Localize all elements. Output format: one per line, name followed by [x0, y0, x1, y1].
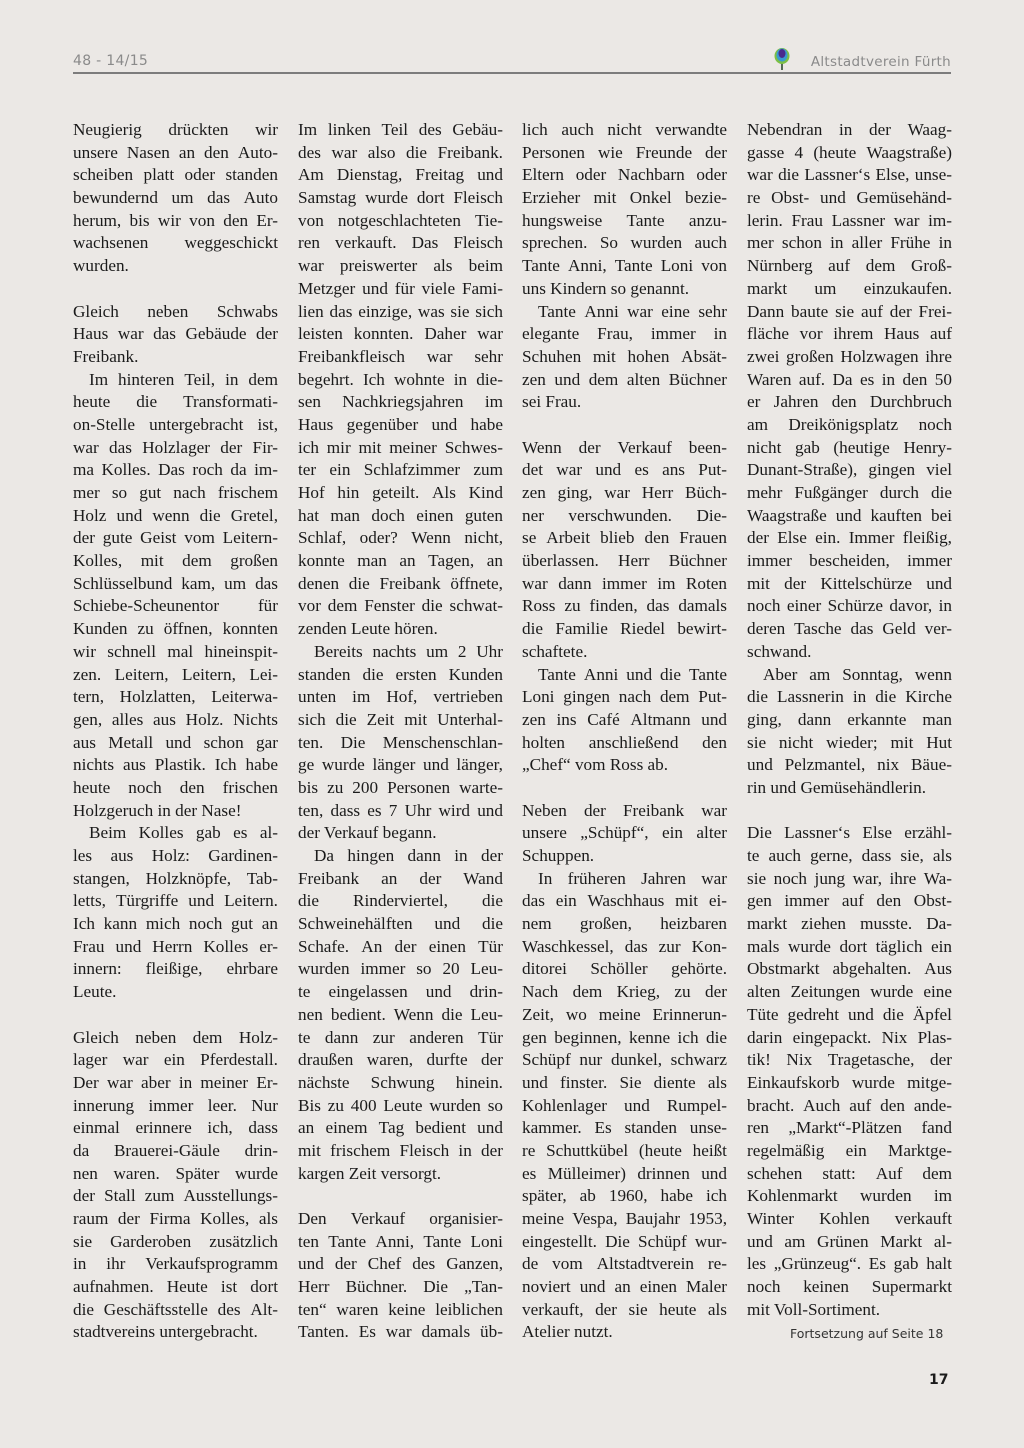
text-line: überlassen.HerrBüchner: [522, 550, 727, 573]
text-line: schehenstatt:Aufdem: [747, 1163, 952, 1186]
text-line: GleichnebenSchwabs: [73, 301, 278, 324]
article-column-4: NebendraninderWaag-gasse4(heuteWaagstraß…: [747, 119, 952, 1321]
text-line: derElseein.Immerfleißig,: [747, 527, 952, 550]
text-line: genbeginnen,kenneichdie: [522, 1027, 727, 1050]
text-line: undderChefdesGanzen,: [298, 1253, 503, 1276]
text-line: Kolles,mitdemgroßen: [73, 550, 278, 573]
text-line: meineVespa,Baujahr1953,: [522, 1208, 727, 1231]
text-line: Waagstraßeundkauftenbei: [747, 505, 952, 528]
text-line: DerwaraberinmeinerEr-: [73, 1072, 278, 1095]
text-line: gen,allesausHolz.Nichts: [73, 709, 278, 732]
text-line: stangen,Holzknöpfe,Tab-: [73, 868, 278, 891]
text-line: eingestellt.DieSchüpfwur-: [522, 1231, 727, 1254]
text-line: wardieLassner‘sElse,unse-: [747, 164, 952, 187]
text-line: sienichtwieder;mitHut: [747, 732, 952, 755]
text-line: Kundenzuöffnen,konnten: [73, 618, 278, 641]
text-line: lesausHolz:Gardinen-: [73, 845, 278, 868]
text-line: eleganteFrau,immerin: [522, 323, 727, 346]
text-line: einmalerinnereich,dass: [73, 1117, 278, 1140]
paragraph-gap: [747, 800, 952, 823]
paragraph: lichauchnichtverwandtePersonenwieFreunde…: [522, 119, 727, 301]
text-line: sieGarderobenzusätzlich: [73, 1231, 278, 1254]
article-column-3: lichauchnichtverwandtePersonenwieFreunde…: [522, 119, 727, 1344]
paragraph-gap: [522, 777, 727, 800]
text-line: NachdemKrieg,zuder: [522, 981, 727, 1004]
paragraph: TanteAnniunddieTanteLonigingennachdemPut…: [522, 664, 727, 777]
text-line: DenVerkauforganisier-: [298, 1208, 503, 1231]
text-line: ichmirmitmeinerSchwes-: [298, 437, 503, 460]
paragraph: DieLassner‘sElseerzähl-teauchgerne,dasss…: [747, 822, 952, 1321]
text-line: tern,Holzlatten,Leiterwa-: [73, 686, 278, 709]
paragraph: TanteAnniwareinesehreleganteFrau,immerin…: [522, 301, 727, 414]
text-line: deswaralsodieFreibank.: [298, 142, 503, 165]
text-line: verkauft,dersieheuteals: [522, 1299, 727, 1322]
text-line: undamGrünenMarktal-: [747, 1231, 952, 1254]
text-line: hatmandocheinenguten: [298, 505, 503, 528]
text-line: wardasHolzlagerderFir-: [73, 437, 278, 460]
text-line: heutenochdenfrischen: [73, 777, 278, 800]
text-line: leistenkonnten.Daherwar: [298, 323, 503, 346]
text-line: sprechen.Sowurdenauch: [522, 232, 727, 255]
text-line: gewurdelängerundlänger,: [298, 754, 503, 777]
text-line: Schuppen.: [522, 845, 727, 868]
paragraph: NebenderFreibankwarunsere„Schüpf“,einalt…: [522, 800, 727, 868]
text-line: ging,dannerkannteman: [747, 709, 952, 732]
continuation-note: Fortsetzung auf Seite 18: [790, 1326, 943, 1341]
text-line: uns Kindern so genannt.: [522, 278, 727, 301]
text-line: PersonenwieFreundeder: [522, 142, 727, 165]
paragraph-gap: [522, 414, 727, 437]
text-line: WennderVerkaufbeen-: [522, 437, 727, 460]
text-line: innerungimmerleer.Nur: [73, 1095, 278, 1118]
text-line: flächevorihremHausauf: [747, 323, 952, 346]
text-line: biszu200Personenwarte-: [298, 777, 503, 800]
text-line: ten“warenkeineleiblichen: [298, 1299, 503, 1322]
text-line: Einkaufskorbwurdemitge-: [747, 1072, 952, 1095]
tree-logo-icon: [773, 47, 791, 71]
paragraph-gap: [73, 1004, 278, 1027]
text-line: nerverschwunden.Die-: [522, 505, 727, 528]
text-line: AmDienstag,Freitagund: [298, 164, 503, 187]
text-line: aufnahmen.Heuteistdort: [73, 1276, 278, 1299]
text-line: darineingepackt.NixPlas-: [747, 1027, 952, 1050]
text-line: mitderKittelschürzeund: [747, 573, 952, 596]
text-line: Freibankfleischwarsehr: [298, 346, 503, 369]
paragraph: NebendraninderWaag-gasse4(heuteWaagstraß…: [747, 119, 952, 664]
text-line: zen.Leitern,Leitern,Lei-: [73, 664, 278, 687]
text-line: esMülleimer)drinnenund: [522, 1163, 727, 1186]
text-line: wurdenimmerso20Leu-: [298, 958, 503, 981]
text-line: Hofhingeteilt.AlsKind: [298, 482, 503, 505]
article-column-1: NeugierigdrücktenwirunsereNasenandenAuto…: [73, 119, 278, 1344]
text-line: tedannzuranderenTür: [298, 1027, 503, 1050]
text-line: on-Stelleuntergebrachtist,: [73, 414, 278, 437]
text-line: nochkeinenSupermarkt: [747, 1276, 952, 1299]
text-line: MetzgerundfürvieleFami-: [298, 278, 503, 301]
text-line: mersogutnachfrischem: [73, 482, 278, 505]
paragraph: GleichnebenSchwabsHauswardasGebäudederFr…: [73, 301, 278, 369]
text-line: sichdieZeitmitUnterhal-: [298, 709, 503, 732]
text-line: später,ab1960,habeich: [522, 1185, 727, 1208]
text-line: ImlinkenTeildesGebäu-: [298, 119, 503, 142]
text-line: vordemFensterdieschwat-: [298, 595, 503, 618]
text-line: nächsteSchwunghinein.: [298, 1072, 503, 1095]
text-line: BeimKollesgabesal-: [73, 822, 278, 845]
page-number: 17: [929, 1372, 948, 1388]
text-line: SamstagwurdedortFleisch: [298, 187, 503, 210]
text-line: Obstmarktabgehalten.Aus: [747, 958, 952, 981]
paragraph: ImhinterenTeil,indemheutedieTransformati…: [73, 369, 278, 823]
text-line: SchuhenmithohenAbsät-: [522, 346, 727, 369]
text-line: hungsweiseTanteanzu-: [522, 210, 727, 233]
text-line: wirschnellmalhineinspit-: [73, 641, 278, 664]
text-line: scheibenplattoderstanden: [73, 164, 278, 187]
text-line: zenunddemaltenBüchner: [522, 369, 727, 392]
text-line: HolzundwenndieGretel,: [73, 505, 278, 528]
text-line: derStallzumAusstellungs-: [73, 1185, 278, 1208]
text-line: regelmäßigeinMarktge-: [747, 1140, 952, 1163]
text-line: „Chef“ vom Ross ab.: [522, 754, 727, 777]
text-line: tenTanteAnni,TanteLoni: [298, 1231, 503, 1254]
text-line: Schüpfnurdunkel,schwarz: [522, 1049, 727, 1072]
text-line: nichtgab(heutigeHenry-: [747, 437, 952, 460]
text-line: herum,biswirvondenEr-: [73, 210, 278, 233]
text-line: ausMetallundschongar: [73, 732, 278, 755]
text-line: bracht.Auchaufdenande-: [747, 1095, 952, 1118]
text-line: nichtsausPlastik.Ichhabe: [73, 754, 278, 777]
text-line: gasse4(heuteWaagstraße): [747, 142, 952, 165]
text-line: tereinSchlafzimmerzum: [298, 459, 503, 482]
text-line: vonnotgeschlachtetenTie-: [298, 210, 503, 233]
text-line: wachsenenweggeschickt: [73, 232, 278, 255]
text-line: AberamSonntag,wenn: [747, 664, 952, 687]
text-line: zweigroßenHolzwagenihre: [747, 346, 952, 369]
text-line: derenTaschedasGeldver-: [747, 618, 952, 641]
text-line: devomAltstadtvereinre-: [522, 1253, 727, 1276]
text-line: Zeit,womeineErinnerun-: [522, 1004, 727, 1027]
text-line: lichauchnichtverwandte: [522, 119, 727, 142]
text-line: DannbautesieaufderFrei-: [747, 301, 952, 324]
text-line: NebendraninderWaag-: [747, 119, 952, 142]
page-header: 48 - 14/15 Altstadtverein Fürth: [73, 50, 951, 74]
text-line: lagerwareinPferdestall.: [73, 1049, 278, 1072]
text-line: Neugierigdrücktenwir: [73, 119, 278, 142]
text-line: untenimHof,vertrieben: [298, 686, 503, 709]
text-line: reObst-undGemüsehänd-: [747, 187, 952, 210]
text-line: daseinWaschhausmitei-: [522, 890, 727, 913]
text-line: holtenanschließendden: [522, 732, 727, 755]
paragraph: InfrüherenJahrenwardaseinWaschhausmitei-…: [522, 868, 727, 1344]
text-line: reSchuttkübel(heuteheißt: [522, 1140, 727, 1163]
text-line: GleichnebendemHolz-: [73, 1027, 278, 1050]
text-line: malswurdedorttäglichein: [747, 936, 952, 959]
text-line: NürnbergaufdemGroß-: [747, 255, 952, 278]
issue-number: 48 - 14/15: [73, 53, 148, 69]
text-line: stadtvereins untergebracht.: [73, 1321, 278, 1344]
text-line: merschoninallerFrühein: [747, 232, 952, 255]
text-line: denendieFreibanköffnete,: [298, 573, 503, 596]
text-line: schwand.: [747, 641, 952, 664]
text-line: Freibank.: [73, 346, 278, 369]
text-line: sei Frau.: [522, 391, 727, 414]
text-line: Biszu400Leutewurdenso: [298, 1095, 503, 1118]
text-line: Schweinehälftenunddie: [298, 913, 503, 936]
text-line: TanteAnniwareinesehr: [522, 301, 727, 324]
text-line: sienochjungwar,ihreWa-: [747, 868, 952, 891]
text-line: unsere„Schüpf“,einalter: [522, 822, 727, 845]
text-line: kargen Zeit versorgt.: [298, 1163, 503, 1186]
text-line: HerrBüchner.Die„Tan-: [298, 1276, 503, 1299]
text-line: dieFamilieRiedelbewirt-: [522, 618, 727, 641]
text-line: konntemananTagen,an: [298, 550, 503, 573]
text-line: marktziehenmusste.Da-: [747, 913, 952, 936]
text-line: Dahingendanninder: [298, 845, 503, 868]
text-line: Holzgeruch in der Nase!: [73, 800, 278, 823]
text-line: noviertundaneinenMaler: [522, 1276, 727, 1299]
text-line: Ichkannmichnochgutan: [73, 913, 278, 936]
text-line: amDreikönigsplatznoch: [747, 414, 952, 437]
publisher-name: Altstadtverein Fürth: [811, 54, 951, 70]
text-line: schaftete.: [522, 641, 727, 664]
text-line: WinterKohlenverkauft: [747, 1208, 952, 1231]
paragraph: NeugierigdrücktenwirunsereNasenandenAuto…: [73, 119, 278, 278]
text-line: InfrüherenJahrenwar: [522, 868, 727, 891]
text-line: zenden Leute hören.: [298, 618, 503, 641]
paragraph: Bereitsnachtsum2UhrstandendieerstenKunde…: [298, 641, 503, 845]
text-line: nenbedient.WenndieLeu-: [298, 1004, 503, 1027]
paragraph: DahingendanninderFreibankanderWanddieRin…: [298, 845, 503, 1185]
text-line: Schafe.AndereinenTür: [298, 936, 503, 959]
text-line: begehrt.Ichwohnteindie-: [298, 369, 503, 392]
text-line: nocheinerSchürzedavor,in: [747, 595, 952, 618]
text-line: undfinster.Siedienteals: [522, 1072, 727, 1095]
text-line: kammer.Esstandenunse-: [522, 1117, 727, 1140]
text-line: Rosszufinden,dasdamals: [522, 595, 727, 618]
text-line: HauswardasGebäudeder: [73, 323, 278, 346]
text-line: les„Grünzeug“.Esgabhalt: [747, 1253, 952, 1276]
text-line: derguteGeistvomLeitern-: [73, 527, 278, 550]
text-line: Schiebe-Scheunentorfür: [73, 595, 278, 618]
text-line: ten.DieMenschenschlan-: [298, 732, 503, 755]
text-line: FreibankanderWand: [298, 868, 503, 891]
text-line: warpreiswerteralsbeim: [298, 255, 503, 278]
text-line: mitfrischemFleischinder: [298, 1140, 503, 1163]
text-line: dieLassnerinindieKirche: [747, 686, 952, 709]
text-line: FrauundHerrnKolleser-: [73, 936, 278, 959]
text-line: LonigingennachdemPut-: [522, 686, 727, 709]
text-line: altenZeitungenwurdeeine: [747, 981, 952, 1004]
text-line: mehrFußgängerdurchdie: [747, 482, 952, 505]
text-line: senNachkriegsjahrenim: [298, 391, 503, 414]
text-line: zeninsCaféAltmannund: [522, 709, 727, 732]
text-line: seArbeitbliebdenFrauen: [522, 527, 727, 550]
text-line: nenwaren.Späterwurde: [73, 1163, 278, 1186]
text-line: wardannimmerimRoten: [522, 573, 727, 596]
text-line: daBrauerei-Gäuledrin-: [73, 1140, 278, 1163]
paragraph: AberamSonntag,wenndieLassnerinindieKirch…: [747, 664, 952, 800]
text-line: Hausgegenüberundhabe: [298, 414, 503, 437]
paragraph: DenVerkauforganisier-tenTanteAnni,TanteL…: [298, 1208, 503, 1344]
text-line: maKolles.Dasrochdaim-: [73, 459, 278, 482]
text-line: raumderFirmaKolles,als: [73, 1208, 278, 1231]
text-line: KohlenlagerundRumpel-: [522, 1095, 727, 1118]
text-line: Kohlenmarktwurdenim: [747, 1185, 952, 1208]
paragraph: BeimKollesgabesal-lesausHolz:Gardinen-st…: [73, 822, 278, 1004]
text-line: rin und Gemüsehändlerin.: [747, 777, 952, 800]
text-line: Dunant-Straße),gingenviel: [747, 459, 952, 482]
text-line: teeingelassenunddrin-: [298, 981, 503, 1004]
text-line: ErziehermitOnkelbezie-: [522, 187, 727, 210]
text-line: der Verkauf begann.: [298, 822, 503, 845]
paragraph: GleichnebendemHolz-lagerwareinPferdestal…: [73, 1027, 278, 1345]
text-line: nemgroßen,heizbaren: [522, 913, 727, 936]
paragraph-gap: [73, 278, 278, 301]
text-line: zenging,warHerrBüch-: [522, 482, 727, 505]
text-line: Waschkessel,daszurKon-: [522, 936, 727, 959]
text-line: wurden.: [73, 255, 278, 278]
text-line: TütegedrehtunddieÄpfel: [747, 1004, 952, 1027]
text-line: ditoreiSchöllergehörte.: [522, 958, 727, 981]
text-line: dieRinderviertel,die: [298, 890, 503, 913]
text-line: dieGeschäftsstelledesAlt-: [73, 1299, 278, 1322]
text-line: aneinemTagbedientund: [298, 1117, 503, 1140]
text-line: bewunderndumdasAuto: [73, 187, 278, 210]
text-line: immerbescheiden,immer: [747, 550, 952, 573]
paragraph-gap: [298, 1185, 503, 1208]
text-line: undPelzmantel,nixBäue-: [747, 754, 952, 777]
article-column-2: ImlinkenTeildesGebäu-deswaralsodieFreiba…: [298, 119, 503, 1344]
text-line: Schlüsselbundkam,umdas: [73, 573, 278, 596]
text-line: erJahrendenDurchbruch: [747, 391, 952, 414]
text-line: ElternoderNachbarnoder: [522, 164, 727, 187]
text-line: renverkauft.DasFleisch: [298, 232, 503, 255]
text-line: Atelier nutzt.: [522, 1321, 727, 1344]
text-line: heutedieTransformati-: [73, 391, 278, 414]
text-line: TanteAnni,TanteLonivon: [522, 255, 727, 278]
text-line: inihrVerkaufsprogramm: [73, 1253, 278, 1276]
text-line: Leute.: [73, 981, 278, 1004]
text-line: unsereNasenandenAuto-: [73, 142, 278, 165]
text-line: letts,TürgriffeundLeitern.: [73, 890, 278, 913]
text-line: marktumeinzukaufen.: [747, 278, 952, 301]
text-line: TanteAnniunddieTante: [522, 664, 727, 687]
text-line: teauchgerne,dasssie,als: [747, 845, 952, 868]
text-line: ten,dasses7Uhrwirdund: [298, 800, 503, 823]
text-line: ImhinterenTeil,indem: [73, 369, 278, 392]
text-line: Schlaf,oder?Wennnicht,: [298, 527, 503, 550]
text-line: NebenderFreibankwar: [522, 800, 727, 823]
paragraph: WennderVerkaufbeen-detwarundesansPut-zen…: [522, 437, 727, 664]
text-line: Tanten.Eswardamalsüb-: [298, 1321, 503, 1344]
text-line: standendieerstenKunden: [298, 664, 503, 687]
text-line: DieLassner‘sElseerzähl-: [747, 822, 952, 845]
paragraph: ImlinkenTeildesGebäu-deswaralsodieFreiba…: [298, 119, 503, 641]
text-line: tik!NixTragetasche,der: [747, 1049, 952, 1072]
text-line: innern:fleißige,ehrbare: [73, 958, 278, 981]
text-line: liendaseinzige,wassiesich: [298, 301, 503, 324]
text-line: Bereitsnachtsum2Uhr: [298, 641, 503, 664]
text-line: mit Voll-Sortiment.: [747, 1299, 952, 1322]
text-line: detwarundesansPut-: [522, 459, 727, 482]
text-line: lerin.FrauLassnerwarim-: [747, 210, 952, 233]
text-line: ren„Markt“-Plätzenfand: [747, 1117, 952, 1140]
text-line: genimmeraufdenObst-: [747, 890, 952, 913]
text-line: Warenauf.Daesinden50: [747, 369, 952, 392]
text-line: draußenwaren,durfteder: [298, 1049, 503, 1072]
